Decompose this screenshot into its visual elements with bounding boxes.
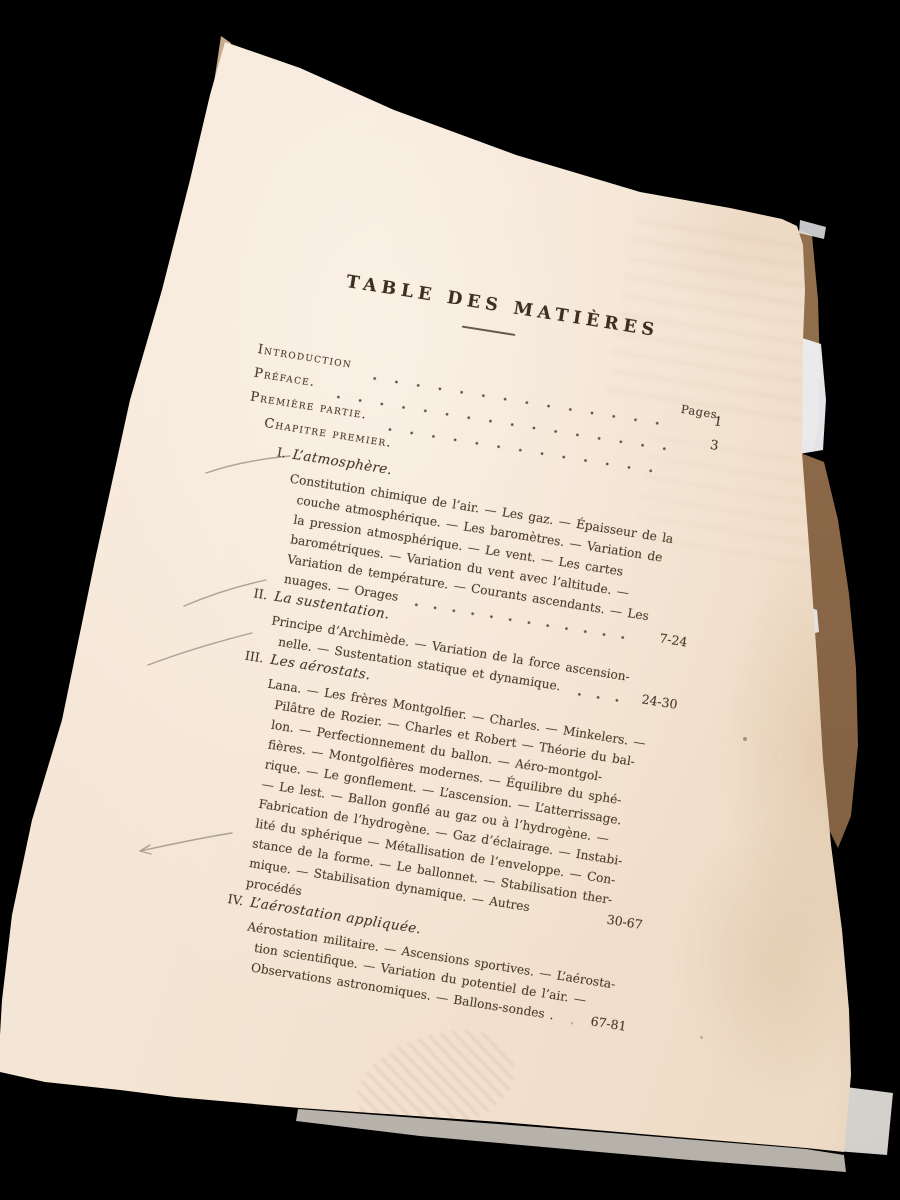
title-rule	[462, 326, 516, 336]
page-number	[675, 492, 711, 498]
page-number	[678, 468, 714, 474]
book-page: TABLE DES MATIÈRES Pages. Introduction 1…	[0, 0, 900, 1200]
leader-dots	[563, 1020, 573, 1025]
sections-list: I. L’atmosphère. Constitution chimique d…	[161, 439, 708, 1037]
book-photo: TABLE DES MATIÈRES Pages. Introduction 1…	[0, 0, 900, 1200]
leader-dots	[586, 940, 587, 944]
